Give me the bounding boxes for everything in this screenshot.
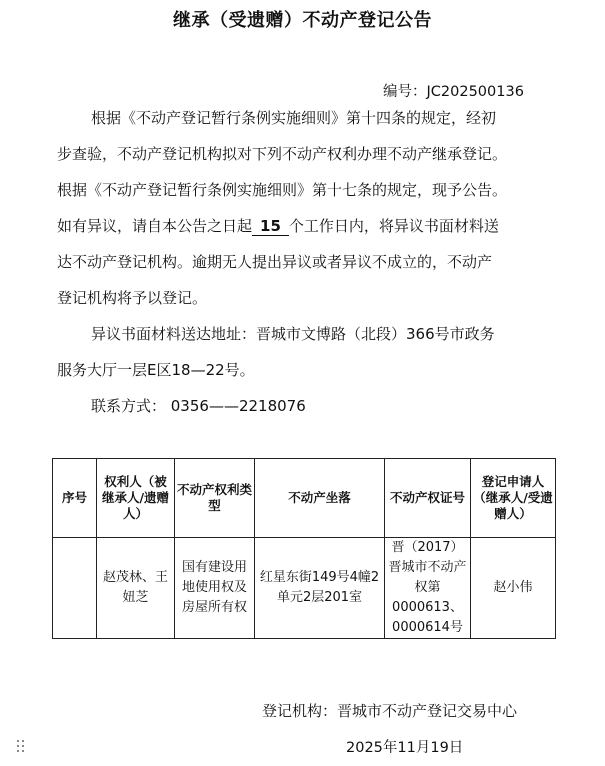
text-line: 登记机构将予以登记。 — [57, 280, 557, 316]
header-cert-no: 不动产权证号 — [385, 459, 471, 538]
issuing-authority: 登记机构：晋城市不动产登记交易中心 — [262, 700, 517, 721]
text-line: 如有异议，请自本公告之日起15个工作日内，将异议书面材料送 — [57, 208, 557, 244]
text-line: 达不动产登记机构。逾期无人提出异议或者异议不成立的，不动产 — [57, 244, 557, 280]
cell-owner: 赵茂林、王妞芝 — [97, 538, 175, 639]
table-header-row: 序号 权利人（被继承人/遗赠人） 不动产权利类型 不动产坐落 不动产权证号 登记… — [53, 459, 556, 538]
header-applicant: 登记申请人（继承人/受遗赠人） — [471, 459, 556, 538]
notice-paragraph: 根据《不动产登记暂行条例实施细则》第十四条的规定，经初 步查验，不动产登记机构拟… — [57, 100, 557, 424]
text-fragment: 个工作日内，将异议书面材料送 — [289, 217, 499, 235]
table-row: 赵茂林、王妞芝 国有建设用地使用权及房屋所有权 红星东街149号4幢2单元2层2… — [53, 538, 556, 639]
cell-right-type: 国有建设用地使用权及房屋所有权 — [175, 538, 255, 639]
drag-handle-icon[interactable] — [17, 740, 25, 754]
contact-line: 联系方式： 0356——2218076 — [57, 388, 557, 424]
registration-table: 序号 权利人（被继承人/遗赠人） 不动产权利类型 不动产坐落 不动产权证号 登记… — [52, 458, 556, 639]
document-number: 编号：JC202500136 — [383, 80, 524, 101]
page-title: 继承（受遗赠）不动产登记公告 — [0, 6, 605, 32]
text-line: 根据《不动产登记暂行条例实施细则》第十四条的规定，经初 — [57, 100, 557, 136]
issue-date: 2025年11月19日 — [346, 736, 463, 757]
text-line: 根据《不动产登记暂行条例实施细则》第十七条的规定，现予公告。 — [57, 172, 557, 208]
cell-location: 红星东街149号4幢2单元2层201室 — [255, 538, 385, 639]
header-right-type: 不动产权利类型 — [175, 459, 255, 538]
header-index: 序号 — [53, 459, 97, 538]
cell-applicant: 赵小伟 — [471, 538, 556, 639]
objection-days: 15 — [252, 217, 289, 236]
header-owner: 权利人（被继承人/遗赠人） — [97, 459, 175, 538]
address-line: 服务大厅一层E区18—22号。 — [57, 352, 557, 388]
header-location: 不动产坐落 — [255, 459, 385, 538]
text-fragment: 如有异议，请自本公告之日起 — [57, 217, 252, 235]
cell-cert-no: 晋（2017）晋城市不动产权第0000613、0000614号 — [385, 538, 471, 639]
cell-index — [53, 538, 97, 639]
text-line: 步查验，不动产登记机构拟对下列不动产权利办理不动产继承登记。 — [57, 136, 557, 172]
address-line: 异议书面材料送达地址：晋城市文博路（北段）366号市政务 — [57, 316, 557, 352]
